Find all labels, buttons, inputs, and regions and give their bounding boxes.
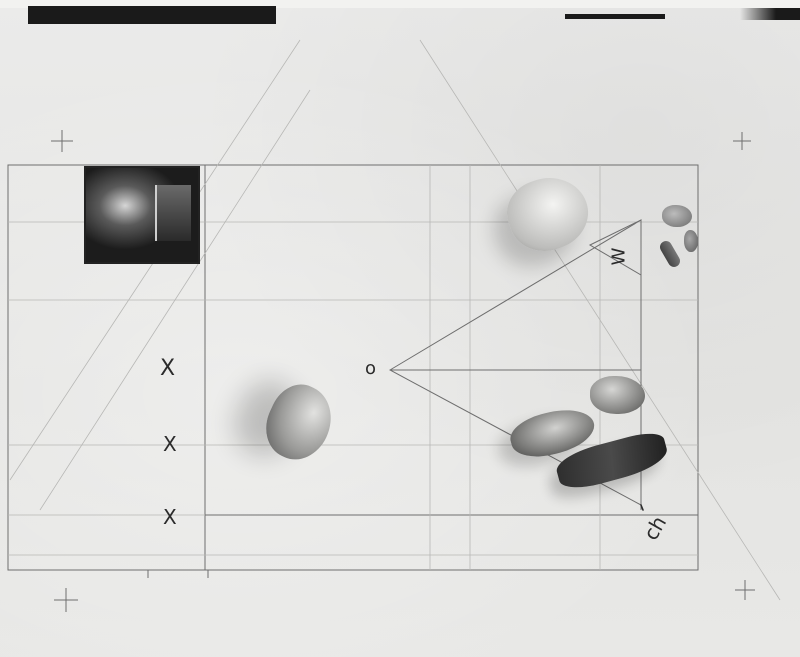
x-mark-3: X	[163, 505, 177, 529]
x-mark-2: X	[163, 432, 177, 456]
x-mark-1: X	[160, 356, 175, 381]
figure-along-triangle-1	[590, 376, 645, 414]
origin-mark: o	[365, 358, 376, 379]
inset-picture	[84, 166, 200, 264]
pencil-drawing	[0, 0, 800, 657]
inner-frame	[205, 165, 698, 570]
small-figure-piece	[684, 230, 698, 252]
triangle-label: W	[608, 248, 629, 266]
small-figures-top-right	[662, 205, 692, 227]
